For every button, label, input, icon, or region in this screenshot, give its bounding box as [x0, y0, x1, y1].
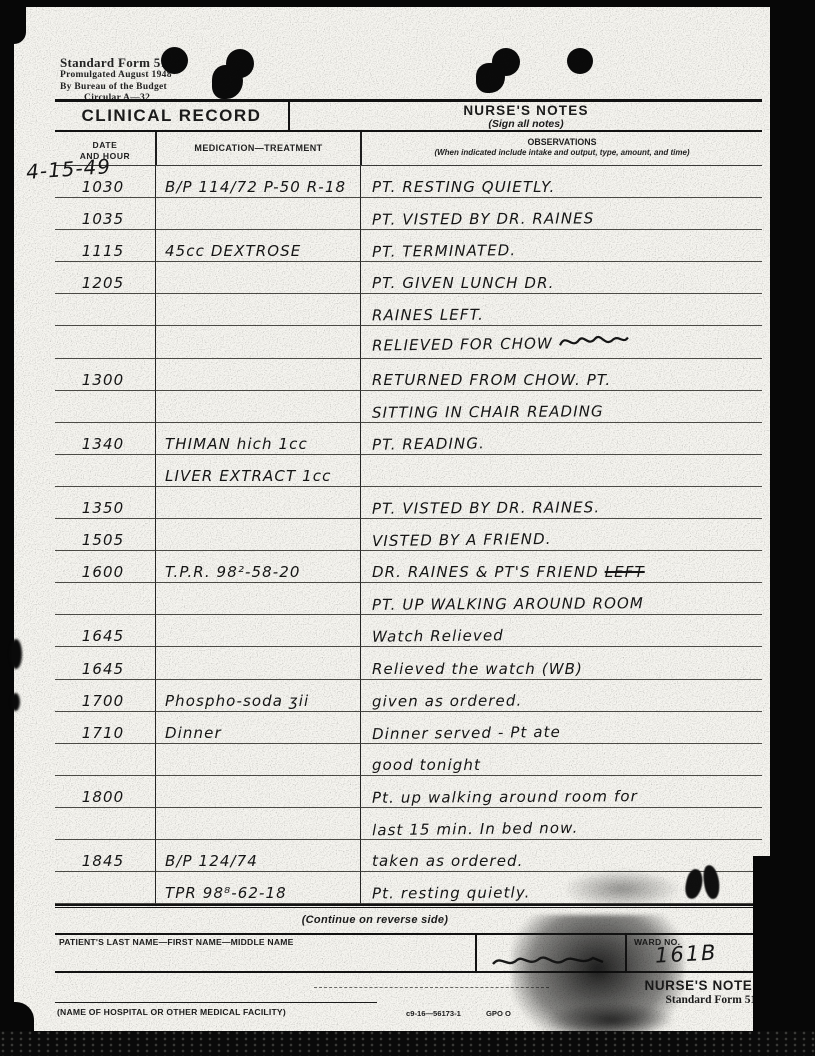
scanned-form-paper: Standard Form 510 Promulgated August 194… [14, 7, 770, 1031]
observations-column-header: OBSERVATIONS (When indicated include int… [360, 132, 762, 165]
table-row: 1030B/P 114/72 P-50 R-18PT. RESTING QUIE… [55, 166, 762, 198]
medication-cell [155, 647, 360, 679]
medication-cell [155, 615, 360, 647]
medication-cell: THIMAN hich 1cc [155, 423, 360, 455]
medication-cell: B/P 124/74 [155, 840, 360, 872]
medication-cell: T.P.R. 98²-58-20 [155, 551, 360, 583]
column-headers: DATE AND HOUR MEDICATION—TREATMENT OBSER… [55, 132, 762, 166]
form-header: CLINICAL RECORD NURSE'S NOTES (Sign all … [55, 99, 762, 132]
observation-cell: PT. UP WALKING AROUND ROOM [360, 583, 762, 615]
table-row: 1600T.P.R. 98²-58-20DR. RAINES & PT'S FR… [55, 551, 762, 583]
medication-cell [155, 776, 360, 808]
observation-cell: RELIEVED FOR CHOW [360, 326, 762, 358]
date-hour-cell: 1505 [55, 519, 155, 551]
scan-border [0, 0, 26, 44]
medication-cell [155, 487, 360, 519]
observation-entry: PT. VISTED BY DR. RAINES. [372, 498, 600, 517]
observation-cell: PT. RESTING QUIETLY. [360, 166, 762, 198]
table-row: 1710DinnerDinner served - Pt ate [55, 712, 762, 744]
date-hour-cell: 1710 [55, 712, 155, 744]
date-hour-cell: 1600 [55, 551, 155, 583]
medication-entry: Phospho-soda ʒii [165, 692, 309, 710]
observation-cell: PT. GIVEN LUNCH DR. [360, 262, 762, 294]
observation-entry: PT. VISTED BY DR. RAINES [372, 210, 594, 229]
form-id-block: Standard Form 510 Promulgated August 194… [60, 55, 174, 104]
medication-entry: B/P 114/72 P-50 R-18 [165, 178, 346, 196]
table-row: 1035PT. VISTED BY DR. RAINES [55, 198, 762, 230]
table-row: last 15 min. In bed now. [55, 808, 762, 840]
medication-cell [155, 294, 360, 326]
sign-all-notes: (Sign all notes) [290, 118, 762, 130]
observation-entry: RETURNED FROM CHOW. PT. [372, 371, 611, 389]
observation-cell: Relieved the watch (WB) [360, 647, 762, 679]
date-hour-cell: 1030 [55, 166, 155, 198]
date-hour-cell: 1845 [55, 840, 155, 872]
time-entry: 1300 [55, 371, 151, 389]
medication-entry: TPR 98⁸-62-18 [165, 884, 287, 902]
date-hour-cell [55, 808, 155, 840]
medication-entry: Dinner [165, 724, 222, 742]
observation-entry: VISTED BY A FRIEND. [372, 530, 552, 550]
gpo-code: GPO O [486, 1009, 511, 1018]
struck-text: LEFT [605, 563, 645, 581]
date-hour-cell [55, 391, 155, 423]
observation-cell: Pt. up walking around room for [360, 776, 762, 808]
nurses-notes-header: NURSE'S NOTES (Sign all notes) [290, 102, 762, 130]
medication-cell: TPR 98⁸-62-18 [155, 872, 360, 904]
medication-cell [155, 359, 360, 391]
observation-entry: PT. TERMINATED. [372, 241, 516, 261]
date-header-line1: DATE [93, 140, 118, 150]
date-hour-cell [55, 455, 155, 487]
medication-entry: THIMAN hich 1cc [165, 435, 308, 453]
table-row: RAINES LEFT. [55, 294, 762, 326]
observation-cell: SITTING IN CHAIR READING [360, 391, 762, 423]
observation-cell: PT. READING. [360, 423, 762, 455]
date-hour-cell: 1205 [55, 262, 155, 294]
table-row: 1645Relieved the watch (WB) [55, 647, 762, 679]
observation-entry: taken as ordered. [372, 852, 524, 870]
time-entry: 1645 [55, 660, 151, 678]
form-promulgated: Promulgated August 1948 [60, 70, 174, 81]
observations-header-title: OBSERVATIONS [362, 137, 762, 148]
medication-cell: LIVER EXTRACT 1cc [155, 455, 360, 487]
date-hour-cell: 1340 [55, 423, 155, 455]
table-row: 1340THIMAN hich 1ccPT. READING. [55, 423, 762, 455]
date-hour-cell [55, 744, 155, 776]
table-row: RELIEVED FOR CHOW [55, 326, 762, 358]
date-hour-cell: 1035 [55, 198, 155, 230]
observation-entry: SITTING IN CHAIR READING [372, 402, 604, 421]
edge-artifact [10, 639, 22, 669]
observation-entry: DR. RAINES & PT'S FRIEND LEFT [372, 563, 645, 581]
observations-header-note: (When indicated include intake and outpu… [362, 148, 762, 158]
medication-cell: 45cc DEXTROSE [155, 230, 360, 262]
time-entry: 1205 [55, 274, 151, 292]
date-hour-cell: 1800 [55, 776, 155, 808]
observation-cell: PT. TERMINATED. [360, 230, 762, 262]
observation-entry: Dinner served - Pt ate [372, 723, 561, 743]
signature-scrawl [557, 329, 631, 356]
time-entry: 1350 [55, 499, 151, 517]
edge-artifact [11, 693, 20, 711]
ink-smudge [562, 869, 682, 909]
punch-hole-mark [567, 48, 593, 74]
time-entry: 1030 [55, 178, 151, 196]
medication-entry: T.P.R. 98²-58-20 [165, 563, 301, 581]
medication-cell [155, 326, 360, 358]
table-row: 1350PT. VISTED BY DR. RAINES. [55, 487, 762, 519]
date-hour-cell: 1645 [55, 615, 155, 647]
date-hour-cell: 1350 [55, 487, 155, 519]
medication-cell [155, 808, 360, 840]
table-row: 111545cc DEXTROSEPT. TERMINATED. [55, 230, 762, 262]
table-row: SITTING IN CHAIR READING [55, 391, 762, 423]
observation-cell: last 15 min. In bed now. [360, 808, 762, 840]
observation-entry: given as ordered. [372, 691, 522, 710]
observation-entry: good tonight [372, 756, 481, 774]
punch-hole-mark [212, 65, 243, 99]
observation-entry: Watch Relieved [372, 627, 504, 647]
time-entry: 1600 [55, 563, 151, 581]
observation-cell [360, 455, 762, 487]
time-entry: 1845 [55, 852, 151, 870]
date-hour-cell [55, 872, 155, 904]
observation-cell: Dinner served - Pt ate [360, 712, 762, 744]
print-code: c9-16—56173-1 [406, 1009, 461, 1018]
observation-entry: PT. READING. [372, 434, 485, 453]
medication-cell [155, 262, 360, 294]
observation-cell: Watch Relieved [360, 615, 762, 647]
time-entry: 1645 [55, 627, 151, 645]
date-hour-cell [55, 326, 155, 358]
scan-border [753, 856, 815, 1056]
clinical-record-title: CLINICAL RECORD [55, 102, 290, 130]
date-hour-cell: 1300 [55, 359, 155, 391]
table-row: 1800Pt. up walking around room for [55, 776, 762, 808]
observation-cell: RAINES LEFT. [360, 294, 762, 326]
observation-entry: Pt. up walking around room for [372, 787, 638, 807]
observation-cell: VISTED BY A FRIEND. [360, 519, 762, 551]
time-entry: 1505 [55, 531, 151, 549]
date-hour-cell [55, 583, 155, 615]
time-entry: 1340 [55, 435, 151, 453]
facility-signature-line [55, 1002, 377, 1003]
notes-table-body: 1030B/P 114/72 P-50 R-18PT. RESTING QUIE… [55, 166, 762, 904]
table-row: 1845B/P 124/74taken as ordered. [55, 840, 762, 872]
table-row: PT. UP WALKING AROUND ROOM [55, 583, 762, 615]
medication-entry: 45cc DEXTROSE [165, 242, 301, 260]
observation-cell: good tonight [360, 744, 762, 776]
date-hour-cell: 1700 [55, 680, 155, 712]
medication-entry: LIVER EXTRACT 1cc [165, 467, 331, 485]
observation-entry: RAINES LEFT. [372, 306, 484, 325]
medication-column-header: MEDICATION—TREATMENT [155, 132, 360, 165]
observation-cell: DR. RAINES & PT'S FRIEND LEFT [360, 551, 762, 583]
table-row: 1700Phospho-soda ʒiigiven as ordered. [55, 680, 762, 712]
patient-name-field: PATIENT'S LAST NAME—FIRST NAME—MIDDLE NA… [55, 935, 475, 971]
medication-cell [155, 744, 360, 776]
table-row: LIVER EXTRACT 1cc [55, 455, 762, 487]
medication-cell: B/P 114/72 P-50 R-18 [155, 166, 360, 198]
medication-cell [155, 519, 360, 551]
observation-cell: taken as ordered. [360, 840, 762, 872]
time-entry: 1700 [55, 692, 151, 710]
punch-hole-mark [476, 63, 505, 93]
observation-entry: last 15 min. In bed now. [372, 819, 579, 840]
observation-entry: PT. UP WALKING AROUND ROOM [372, 594, 644, 614]
time-entry: 1115 [55, 242, 151, 260]
observation-entry: Relieved the watch (WB) [372, 660, 583, 678]
medication-cell [155, 583, 360, 615]
table-row: 1645Watch Relieved [55, 615, 762, 647]
scan-border [0, 1031, 815, 1056]
medication-cell: Phospho-soda ʒii [155, 680, 360, 712]
observation-entry: Pt. resting quietly. [372, 884, 531, 903]
date-hour-cell: 1115 [55, 230, 155, 262]
facility-label: (NAME OF HOSPITAL OR OTHER MEDICAL FACIL… [57, 1007, 286, 1017]
table-row: 1205PT. GIVEN LUNCH DR. [55, 262, 762, 294]
punch-hole-mark [161, 47, 188, 74]
table-row: good tonight [55, 744, 762, 776]
observation-cell: PT. VISTED BY DR. RAINES [360, 198, 762, 230]
observation-cell: RETURNED FROM CHOW. PT. [360, 359, 762, 391]
table-row: 1300RETURNED FROM CHOW. PT. [55, 359, 762, 391]
date-hour-cell: 1645 [55, 647, 155, 679]
table-row: 1505VISTED BY A FRIEND. [55, 519, 762, 551]
medication-cell: Dinner [155, 712, 360, 744]
time-entry: 1710 [55, 724, 151, 742]
time-entry: 1800 [55, 788, 151, 806]
date-hour-cell [55, 294, 155, 326]
observation-entry: PT. GIVEN LUNCH DR. [372, 274, 554, 292]
form-bureau: By Bureau of the Budget [60, 82, 174, 93]
observation-cell: PT. VISTED BY DR. RAINES. [360, 487, 762, 519]
observation-entry: RELIEVED FOR CHOW [372, 329, 631, 358]
observation-cell: given as ordered. [360, 680, 762, 712]
medication-entry: B/P 124/74 [165, 852, 258, 870]
time-entry: 1035 [55, 210, 151, 228]
nurses-notes-title: NURSE'S NOTES [290, 103, 762, 118]
medication-cell [155, 198, 360, 230]
observation-entry: PT. RESTING QUIETLY. [372, 178, 555, 196]
form-number: Standard Form 510 [60, 55, 174, 70]
medication-cell [155, 391, 360, 423]
